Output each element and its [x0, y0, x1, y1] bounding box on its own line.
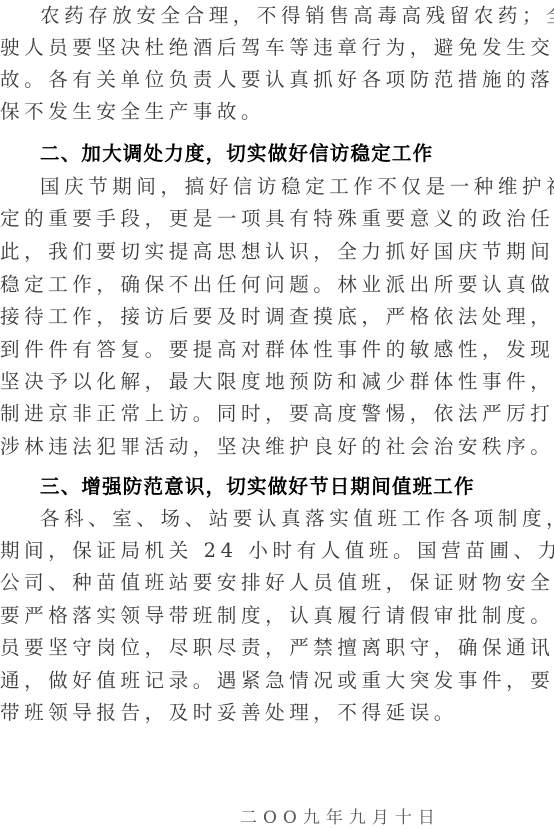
paragraph-line: 带班领导报告，及时妥善处理，不得延误。	[0, 697, 554, 729]
paragraph-line: 到件件有答复。要提高对群体性事件的敏感性，发现苗头要	[0, 334, 554, 366]
paragraph-line: 员要坚守岗位，尽职尽责，严禁擅离职守，确保通讯联络畅	[0, 632, 554, 664]
section-heading-3: 三、增强防范意识，切实做好节日期间值班工作	[0, 471, 554, 503]
paragraph-line: 公司、种苗值班站要安排好人员值班，保证财物安全。值班	[0, 567, 554, 599]
paragraph-line: 定的重要手段，更是一项具有特殊重要意义的政治任务。因	[0, 203, 554, 235]
paragraph-line: 保不发生安全生产事故。	[0, 96, 554, 128]
paragraph-line: 坚决予以化解，最大限度地预防和减少群体性事件，有效控	[0, 366, 554, 398]
paragraph-line: 驶人员要坚决杜绝酒后驾车等违章行为，避免发生交通事	[0, 32, 554, 64]
paragraph-line: 各科、室、场、站要认真落实值班工作各项制度，节日	[0, 503, 554, 535]
paragraph-line: 通，做好值班记录。遇紧急情况或重大突发事件，要立即向	[0, 665, 554, 697]
paragraph-line: 期间，保证局机关 24 小时有人值班。国营苗圃、力臣阳光	[0, 535, 554, 567]
paragraph-line: 制进京非正常上访。同时，要高度警惕，依法严厉打击各种	[0, 398, 554, 430]
paragraph-line: 稳定工作，确保不出任何问题。林业派出所要认真做好信访	[0, 269, 554, 301]
paragraph-line: 农药存放安全合理，不得销售高毒高残留农药；全体驾	[0, 0, 554, 32]
paragraph-line: 此，我们要切实提高思想认识，全力抓好国庆节期间的信访	[0, 236, 554, 268]
paragraph-line: 故。各有关单位负责人要认真抓好各项防范措施的落实，确	[0, 64, 554, 96]
paragraph-line: 国庆节期间，搞好信访稳定工作不仅是一种维护社会稳	[0, 171, 554, 203]
document-date: 二OO九年九月十日	[240, 803, 441, 828]
section-heading-2: 二、加大调处力度，切实做好信访稳定工作	[0, 138, 554, 170]
paragraph-line: 接待工作，接访后要及时调查摸底，严格依法处理，保证做	[0, 301, 554, 333]
paragraph-line: 要严格落实领导带班制度，认真履行请假审批制度。值班人	[0, 600, 554, 632]
paragraph-line: 涉林违法犯罪活动，坚决维护良好的社会治安秩序。	[0, 431, 554, 463]
